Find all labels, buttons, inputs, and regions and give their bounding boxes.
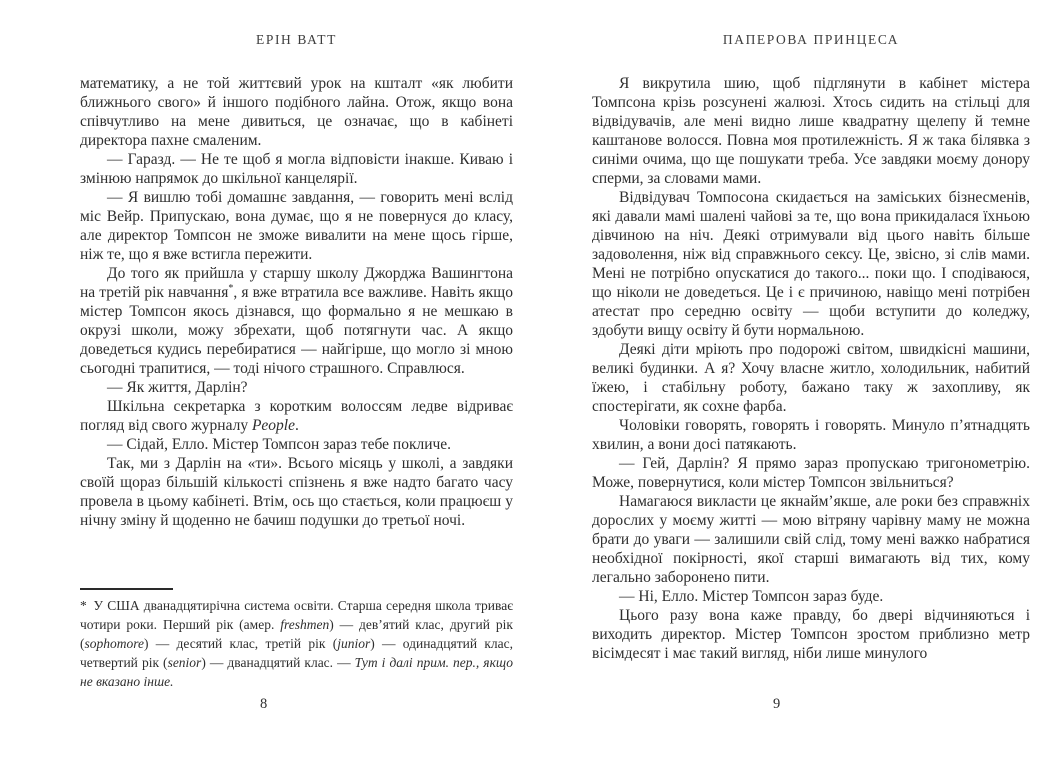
paragraph: — Я вишлю тобі домашнє завдання, — говор… [80,188,513,264]
text-run: — Ні, Елло. Містер Томпсон зараз буде. [619,588,883,605]
text-run: senior [168,655,202,670]
text-run: junior [337,636,370,651]
page-right-body: Я викрутила шию, щоб підглянути в кабіне… [592,74,1030,663]
text-run: ) — десятий клас, третій рік ( [144,636,337,651]
text-run: математику, а не той життєвий урок на кш… [80,75,513,149]
page-number-left: 8 [260,696,267,713]
text-run: ) — дванадцятий клас. — [201,655,354,670]
text-run: Цього разу вона каже правду, бо двері ві… [592,607,1030,662]
paragraph: — Сідай, Елло. Містер Томпсон зараз тебе… [80,435,513,454]
text-run: — Сідай, Елло. Містер Томпсон зараз тебе… [107,436,451,453]
paragraph: Я викрутила шию, щоб підглянути в кабіне… [592,74,1030,188]
text-run: Деякі діти мріють про подорожі світом, ш… [592,341,1030,415]
paragraph: — Гей, Дарлін? Я прямо зараз пропускаю т… [592,454,1030,492]
text-run: — Гаразд. — Не те щоб я могла відповісти… [80,151,513,187]
paragraph: Цього разу вона каже правду, бо двері ві… [592,606,1030,663]
paragraph: — Ні, Елло. Містер Томпсон зараз буде. [592,587,1030,606]
text-run: Чоловіки говорять, говорять і говорять. … [592,417,1030,453]
text-run: — Як життя, Дарлін? [107,379,248,396]
footnote-divider [80,588,173,590]
page-right: ПАПЕРОВА ПРИНЦЕСА Я викрутила шию, щоб п… [592,33,1030,691]
paragraph: Чоловіки говорять, говорять і говорять. … [592,416,1030,454]
footnote: * У США дванадцятирічна система освіти. … [80,588,513,691]
paragraph: До того як прийшла у старшу школу Джордж… [80,264,513,378]
text-run: Відвідувач Томпосона скидається на заміс… [592,189,1030,339]
text-run: . [295,417,299,434]
running-header-title: ПАПЕРОВА ПРИНЦЕСА [592,33,1030,47]
page-left: ЕРІН ВАТТ математику, а не той життєвий … [80,33,513,691]
text-run: People [252,417,295,434]
paragraph: Намагаюся викласти це якнайм’якше, але р… [592,492,1030,587]
paragraph: — Як життя, Дарлін? [80,378,513,397]
paragraph: Так, ми з Дарлін на «ти». Всього місяць … [80,454,513,530]
text-run: sophomore [85,636,145,651]
paragraph: Деякі діти мріють про подорожі світом, ш… [592,340,1030,416]
text-run: Намагаюся викласти це якнайм’якше, але р… [592,493,1030,586]
page-number-right: 9 [773,696,780,713]
footnote-text: * У США дванадцятирічна система освіти. … [80,596,513,691]
paragraph: Шкільна секретарка з коротким волоссям л… [80,397,513,435]
paragraph: математику, а не той життєвий урок на кш… [80,74,513,150]
text-run: — Гей, Дарлін? Я прямо зараз пропускаю т… [592,455,1030,491]
paragraph: Відвідувач Томпосона скидається на заміс… [592,188,1030,340]
paragraph: — Гаразд. — Не те щоб я могла відповісти… [80,150,513,188]
running-header-author: ЕРІН ВАТТ [80,33,513,47]
text-run: — Я вишлю тобі домашнє завдання, — говор… [80,189,513,263]
text-run: Так, ми з Дарлін на «ти». Всього місяць … [80,455,513,529]
page-left-body: математику, а не той життєвий урок на кш… [80,74,513,530]
book-spread: ЕРІН ВАТТ математику, а не той життєвий … [0,0,1050,760]
text-run: Я викрутила шию, щоб підглянути в кабіне… [592,75,1030,187]
text-run: freshmen [280,617,329,632]
